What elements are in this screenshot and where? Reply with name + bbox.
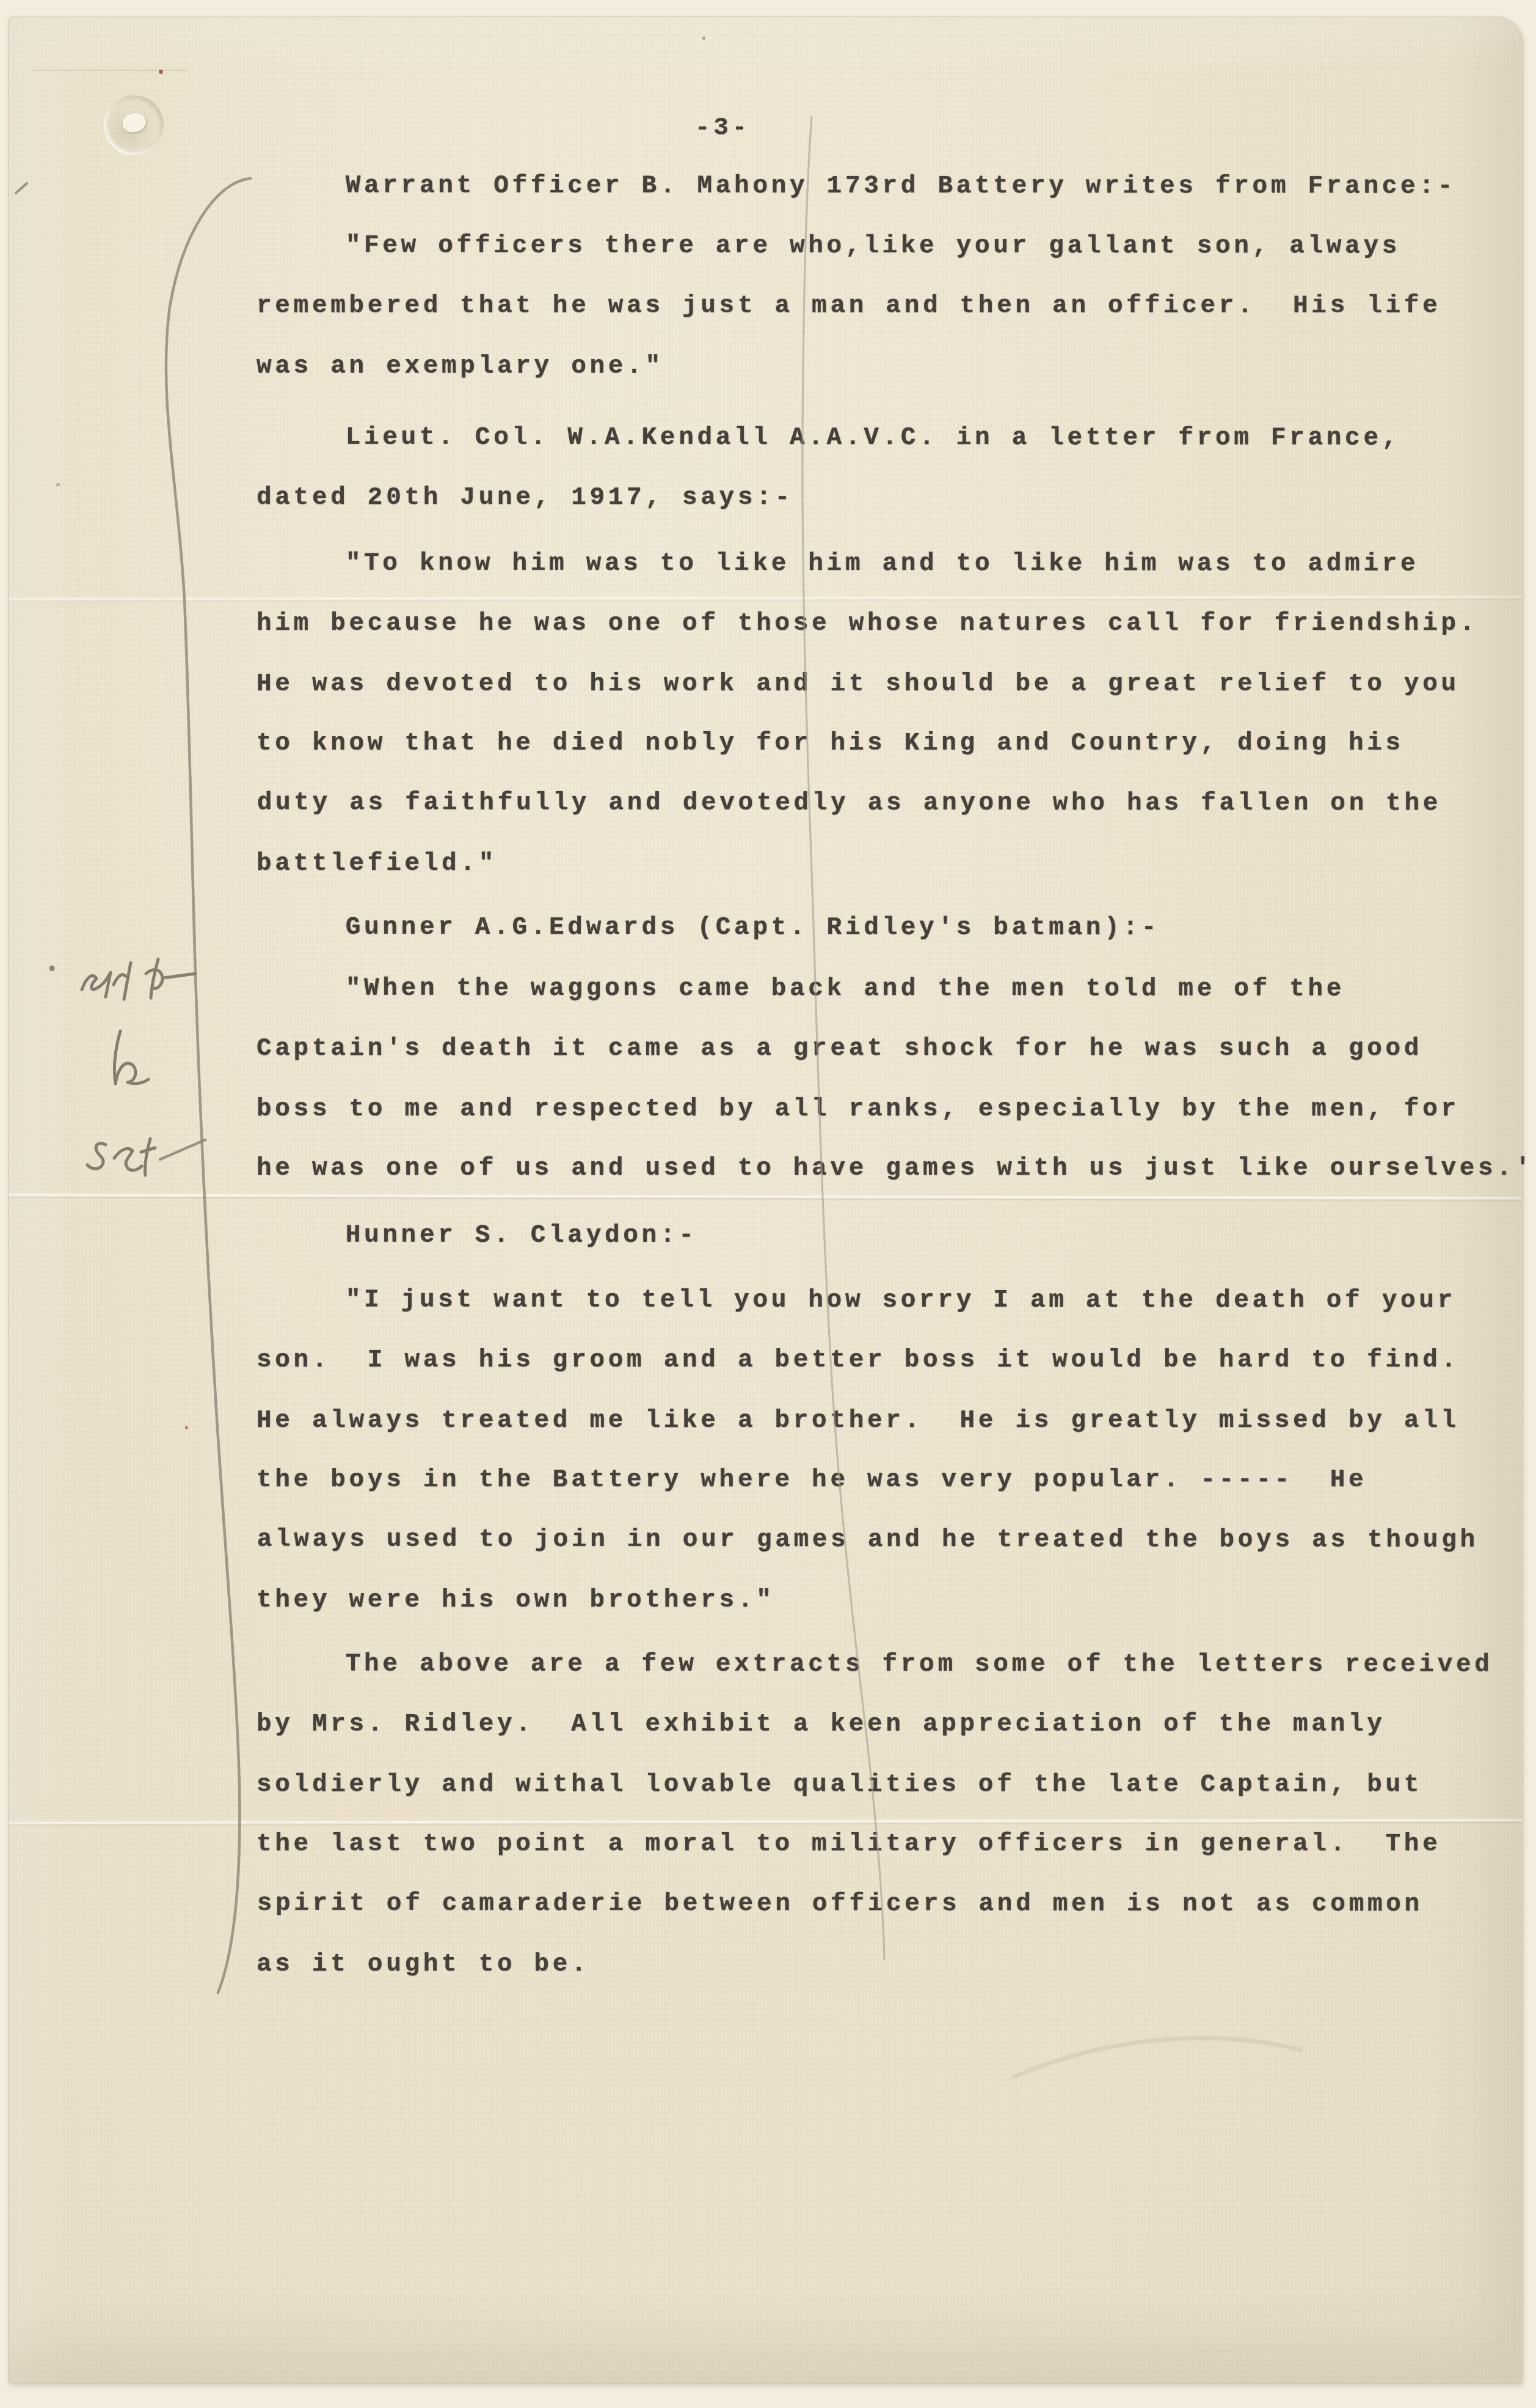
paragraph: "I just want to tell you how sorry I am … xyxy=(257,1271,1536,1630)
typed-line: duty as faithfully and devotedly as anyo… xyxy=(257,773,1536,833)
typed-line: dated 20th June, 1917, says:- xyxy=(257,468,1536,528)
page-number: -3- xyxy=(695,98,751,158)
paragraph: Hunner S. Claydon:- xyxy=(257,1206,1536,1266)
paragraph: "When the waggons came back and the men … xyxy=(257,959,1536,1199)
typed-line: remembered that he was just a man and th… xyxy=(257,276,1536,336)
typed-text: Warrant Officer B. Mahony 173rd Battery … xyxy=(257,156,1536,1994)
typed-line: spirit of camaraderie between officers a… xyxy=(257,1873,1536,1934)
typed-line: they were his own brothers." xyxy=(257,1571,1536,1630)
paragraph: Warrant Officer B. Mahony 173rd Battery … xyxy=(257,156,1536,216)
paragraph: "Few officers there are who,like your ga… xyxy=(257,216,1536,396)
paragraph: "To know him was to like him and to like… xyxy=(257,534,1536,893)
typed-line: The above are a few extracts from some o… xyxy=(257,1634,1536,1695)
typed-line: He always treated me like a brother. He … xyxy=(257,1391,1536,1451)
paragraph: The above are a few extracts from some o… xyxy=(257,1635,1536,1994)
paragraph: Gunner A.G.Edwards (Capt. Ridley's batma… xyxy=(257,898,1536,958)
paper-speck xyxy=(185,1426,188,1429)
typed-line: "I just want to tell you how sorry I am … xyxy=(257,1270,1536,1330)
typed-line: battlefield." xyxy=(257,834,1536,894)
paper-speck xyxy=(56,483,60,486)
typed-line: by Mrs. Ridley. All exhibit a keen appre… xyxy=(257,1695,1536,1754)
typed-line: Captain's death it came as a great shock… xyxy=(257,1019,1536,1079)
typed-line: Hunner S. Claydon:- xyxy=(257,1205,1536,1266)
typed-line: Gunner A.G.Edwards (Capt. Ridley's batma… xyxy=(257,897,1536,958)
typed-line: the boys in the Battery where he was ver… xyxy=(257,1450,1536,1510)
punch-hole xyxy=(104,95,164,155)
paper-speck xyxy=(159,70,163,74)
typed-line: Lieut. Col. W.A.Kendall A.A.V.C. in a le… xyxy=(257,407,1536,468)
typed-line: Warrant Officer B. Mahony 173rd Battery … xyxy=(257,156,1536,216)
typed-line: "When the waggons came back and the men … xyxy=(257,958,1536,1019)
paper-speck xyxy=(702,37,705,40)
paragraph: Lieut. Col. W.A.Kendall A.A.V.C. in a le… xyxy=(257,408,1536,528)
typed-line: to know that he died nobly for his King … xyxy=(257,713,1536,773)
typed-line: "To know him was to like him and to like… xyxy=(257,533,1536,594)
typed-line: was an exemplary one." xyxy=(257,337,1536,396)
scanned-letter-page: -3- Warrant Officer B. Mahony 173rd Batt… xyxy=(0,0,1536,2408)
typed-line: He was devoted to his work and it should… xyxy=(257,654,1536,714)
typed-line: him because he was one of those whose na… xyxy=(257,594,1536,654)
faint-dotted-line xyxy=(34,70,187,72)
typed-line: always used to join in our games and he … xyxy=(257,1509,1536,1570)
typed-line: he was one of us and used to have games … xyxy=(257,1139,1536,1199)
typed-line: son. I was his groom and a better boss i… xyxy=(257,1330,1536,1390)
typed-line: as it ought to be. xyxy=(257,1935,1536,1994)
punch-hole-blob xyxy=(121,111,148,135)
typed-line: boss to me and respected by all ranks, e… xyxy=(257,1079,1536,1139)
typed-line: soldierly and withal lovable qualities o… xyxy=(257,1755,1536,1815)
typed-line: the last two point a moral to military o… xyxy=(257,1814,1536,1874)
typed-line: "Few officers there are who,like your ga… xyxy=(257,216,1536,276)
